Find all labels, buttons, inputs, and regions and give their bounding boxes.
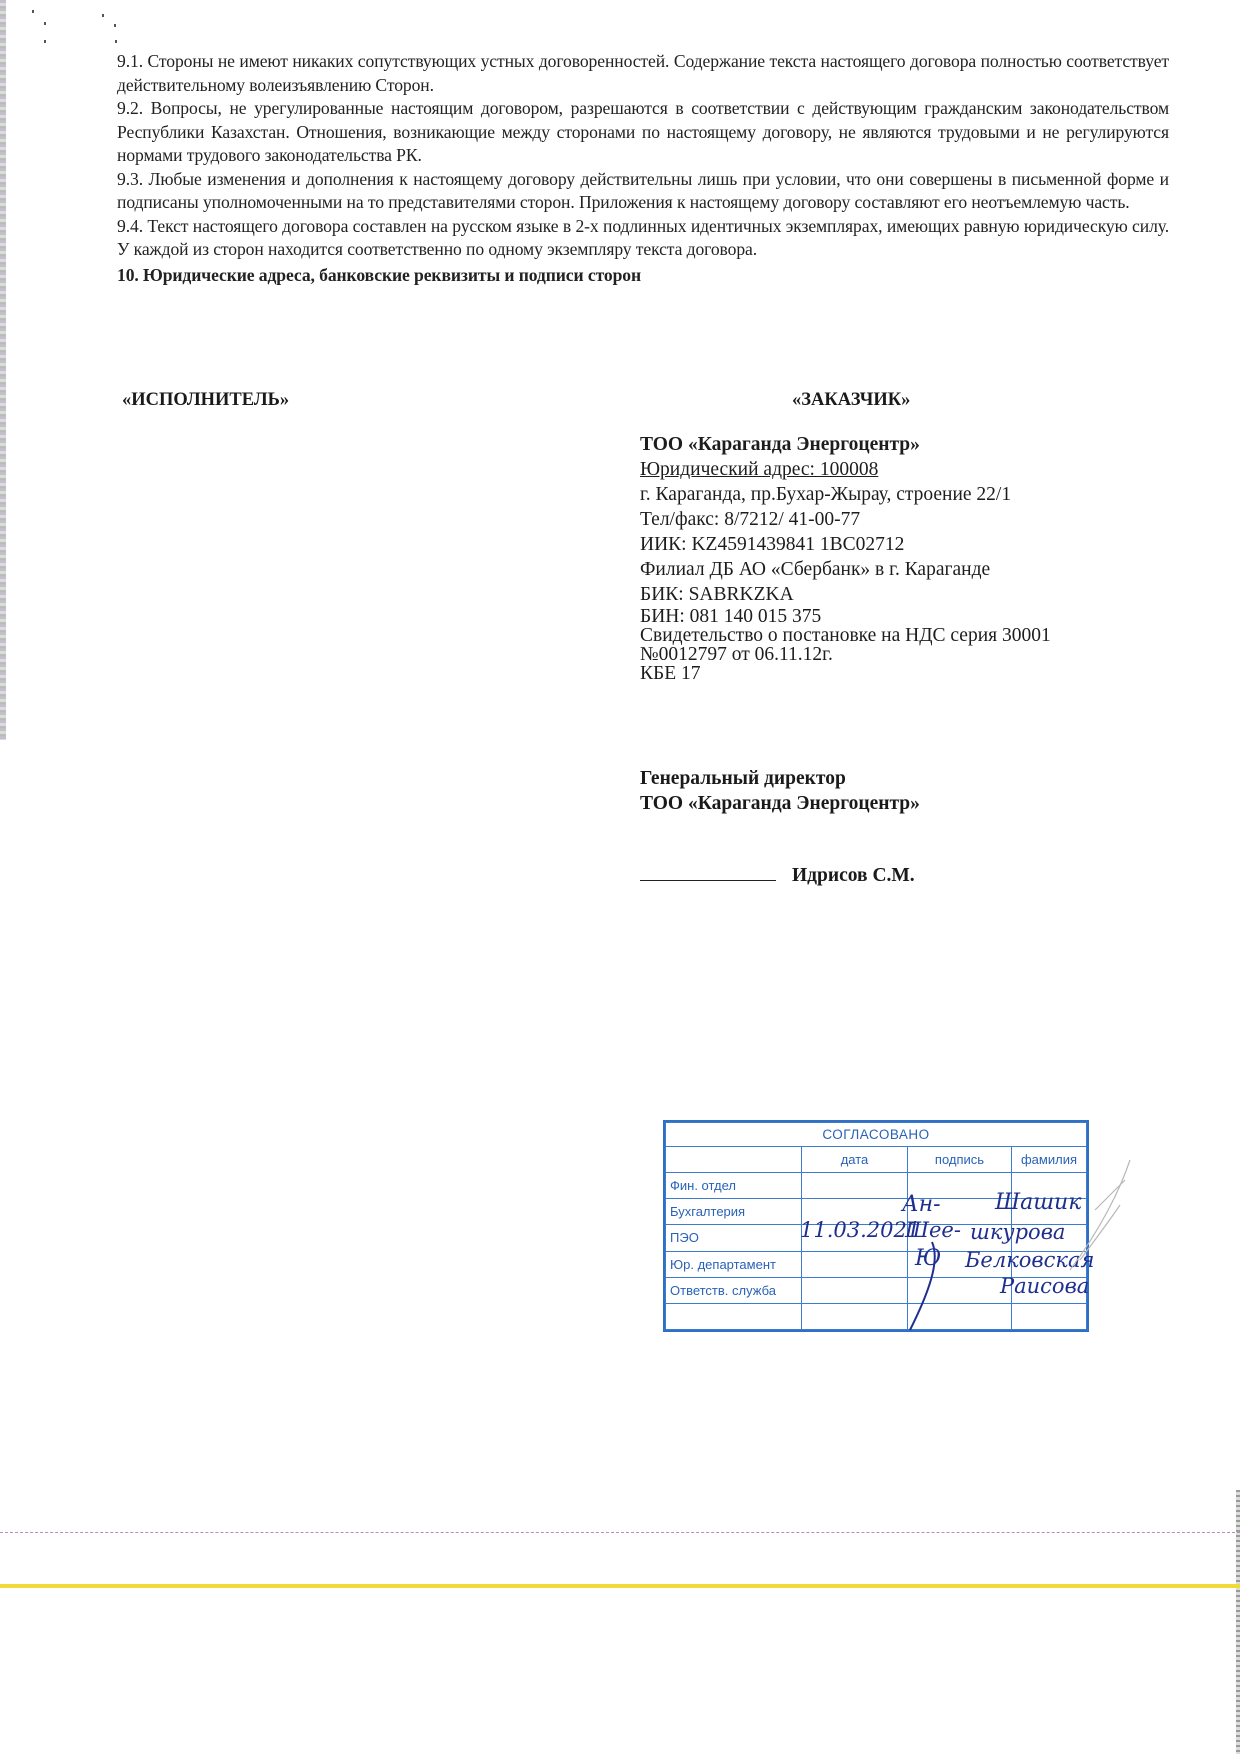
stamp-col-empty [666,1147,802,1173]
stamp-row-label: Бухгалтерия [666,1199,802,1225]
signatory-company: ТОО «Караганда Энергоцентр» [640,791,920,816]
stamp-row-label: ПЭО [666,1225,802,1251]
customer-label: «ЗАКАЗЧИК» [792,390,910,411]
signature-line: Идрисов С.М. [640,862,915,887]
bik: БИК: SABRKZKA [640,582,1160,607]
stamp-row-label [666,1303,802,1329]
signatory-block: Генеральный директор ТОО «Караганда Энер… [640,766,920,816]
highlight-divider [0,1584,1240,1588]
iik: ИИК: KZ4591439841 1BC02712 [640,532,1160,557]
clause-9-3: 9.3. Любые изменения и дополнения к наст… [117,168,1169,215]
stamp-row-label: Фин. отдел [666,1173,802,1199]
bank: Филиал ДБ АО «Сбербанк» в г. Караганде [640,557,1160,582]
customer-requisites: ТОО «Караганда Энергоцентр» Юридический … [640,432,1160,683]
vat-certificate-number: №0012797 от 06.11.12г. [640,645,1160,664]
customer-company: ТОО «Караганда Энергоцентр» [640,432,1160,457]
section-title: 10. Юридические адреса, банковские рекви… [117,264,1169,288]
clause-9-1: 9.1. Стороны не имеют никаких сопутствую… [117,50,1169,97]
pencil-signature-strokes [880,1150,1140,1340]
stamp-row-label: Юр. департамент [666,1251,802,1277]
vat-certificate: Свидетельство о постановке на НДС серия … [640,626,1160,645]
clause-9-2: 9.2. Вопросы, не урегулированные настоящ… [117,97,1169,168]
scan-edge-artifact [0,0,6,740]
signatory-title: Генеральный директор [640,766,920,791]
executor-label: «ИСПОЛНИТЕЛЬ» [122,390,289,411]
stamp-title: СОГЛАСОВАНО [666,1123,1087,1147]
address-line: г. Караганда, пр.Бухар-Жырау, строение 2… [640,482,1160,507]
scan-edge-artifact [1236,1490,1240,1754]
bin: БИН: 081 140 015 375 [640,607,1160,626]
kbe: КБЕ 17 [640,664,1160,683]
phone: Тел/факс: 8/7212/ 41-00-77 [640,507,1160,532]
stamp-row-label: Ответств. служба [666,1277,802,1303]
clause-9-4: 9.4. Текст настоящего договора составлен… [117,215,1169,262]
signatory-name: Идрисов С.М. [792,865,915,886]
signature-blank [640,862,776,881]
contract-text: 9.1. Стороны не имеют никаких сопутствую… [117,50,1169,287]
legal-address: Юридический адрес: 100008 [640,457,1160,482]
scan-divider [0,1532,1240,1533]
